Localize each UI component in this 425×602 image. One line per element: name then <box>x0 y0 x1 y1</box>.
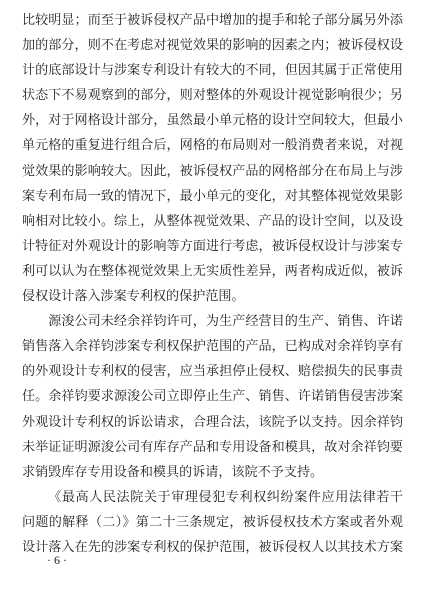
text-line: 响相对比较小。综上，从整体视觉效果、产品的设计空间，以及设 <box>22 208 403 233</box>
body-text: 比较明显；而至于被诉侵权产品中增加的提手和轮子部分属另外添加的部分，则不在考虑对… <box>22 7 403 559</box>
text-line: 求销毁库存专用设备和模具的诉请，该院不予支持。 <box>22 459 403 484</box>
text-line: 外，对于网格设计部分，虽然最小单元格的设计空间较大，但最小 <box>22 107 403 132</box>
text-line: 的外观设计专利权的侵害，应当承担停止侵权、赔偿损失的民事责 <box>22 358 403 383</box>
text-line: 源浚公司未经余祥钧许可，为生产经营目的生产、销售、许诺 <box>22 308 403 333</box>
text-line: 任。余祥钧要求源浚公司立即停止生产、销售、许诺销售侵害涉案 <box>22 383 403 408</box>
text-line: 销售落入余祥钧涉案专利权保护范围的产品，已构成对余祥钧享有 <box>22 333 403 358</box>
text-line: 计特征对外观设计的影响等方面进行考虑，被诉侵权设计与涉案专 <box>22 233 403 258</box>
text-line: 状态下不易观察到的部分，则对整体的外观设计视觉影响很少；另 <box>22 82 403 107</box>
page-number: ·6· <box>47 553 70 567</box>
text-line: 比较明显；而至于被诉侵权产品中增加的提手和轮子部分属另外添 <box>22 7 403 32</box>
document-page: 比较明显；而至于被诉侵权产品中增加的提手和轮子部分属另外添加的部分，则不在考虑对… <box>0 0 425 602</box>
text-line: 利可以认为在整体视觉效果上无实质性差异，两者构成近似，被诉 <box>22 258 403 283</box>
text-line: 《最高人民法院关于审理侵犯专利权纠纷案件应用法律若干 <box>22 484 403 509</box>
text-line: 案专利布局一致的情况下，最小单元的变化，对其整体视觉效果影 <box>22 183 403 208</box>
text-line: 问题的解释（二）》第二十三条规定，被诉侵权技术方案或者外观 <box>22 509 403 534</box>
text-line: 侵权设计落入涉案专利权的保护范围。 <box>22 283 403 308</box>
text-line: 设计落入在先的涉案专利权的保护范围，被诉侵权人以其技术方案 <box>22 534 403 559</box>
text-line: 觉效果的影响较大。因此，被诉侵权产品的网格部分在布局上与涉 <box>22 158 403 183</box>
text-line: 计的底部设计与涉案专利设计有较大的不同，但因其属于正常使用 <box>22 57 403 82</box>
text-line: 未举证证明源浚公司有库存产品和专用设备和模具，故对余祥钧要 <box>22 434 403 459</box>
text-line: 外观设计专利权的诉讼请求，合理合法，该院予以支持。因余祥钧 <box>22 409 403 434</box>
text-line: 单元格的重复进行组合后，网格的布局则对一般消费者来说，对视 <box>22 132 403 157</box>
text-line: 加的部分，则不在考虑对视觉效果的影响的因素之内；被诉侵权设 <box>22 32 403 57</box>
